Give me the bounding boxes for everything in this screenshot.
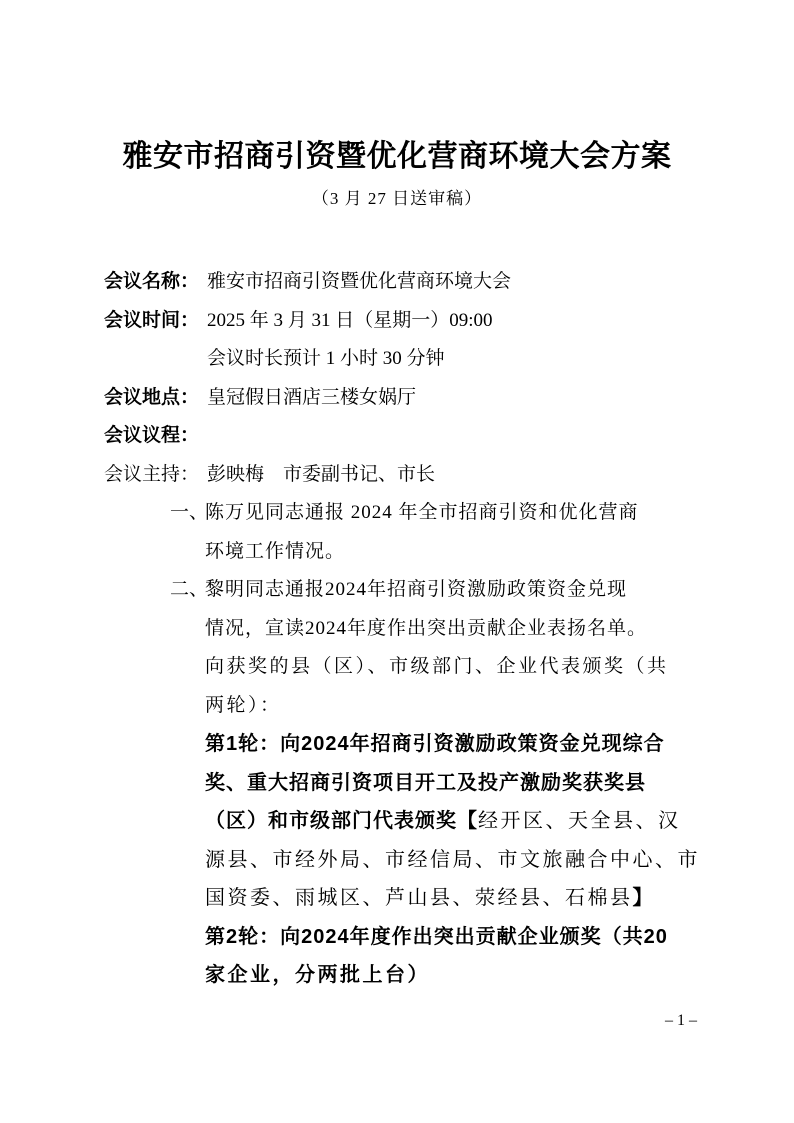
agenda-item1-number: 一、 [170,494,205,533]
agenda-item1-line1: 一、陈万见同志通报 2024 年全市招商引资和优化营商 [104,494,710,533]
meeting-place-label: 会议地点： [104,379,207,418]
meeting-time-row: 会议时间：2025 年 3 月 31 日（星期一）09:00 [104,302,710,341]
round1-line5: 国资委、雨城区、芦山县、荥经县、石棉县】 [205,879,710,918]
document-page: 雅安市招商引资暨优化营商环境大会方案 （3 月 27 日送审稿） 会议名称：雅安… [0,0,794,1123]
agenda-item2-text-cont1: 情况，宣读2024年度作出突出贡献企业表扬名单。 [205,618,647,639]
agenda-item2-text-cont2: 向获奖的县（区）、市级部门、企业代表颁奖（共 [205,656,669,677]
round1-line2: 奖、重大招商引资项目开工及投产激励奖获奖县 [205,764,710,803]
meeting-duration-value: 会议时长预计 1 小时 30 分钟 [207,348,445,369]
meeting-name-row: 会议名称：雅安市招商引资暨优化营商环境大会 [104,263,710,302]
meeting-host-row: 会议主持：彭映梅 市委副书记、市长 [104,456,710,495]
round1-heading-part2: 奖、重大招商引资项目开工及投产激励奖获奖县 [205,772,646,794]
round2-heading: 第2轮：向2024年度作出突出贡献企业颁奖（共20 [205,926,668,948]
meeting-host-value: 彭映梅 市委副书记、市长 [207,464,435,485]
agenda-item2-number: 二、 [170,571,205,610]
document-body: 会议名称：雅安市招商引资暨优化营商环境大会 会议时间：2025 年 3 月 31… [104,263,710,995]
agenda-item2-text: 黎明同志通报2024年招商引资激励政策资金兑现 [205,579,627,600]
agenda-item2-line1: 二、黎明同志通报2024年招商引资激励政策资金兑现 [104,571,710,610]
round1-line4: 源县、市经外局、市经信局、市文旅融合中心、市 [205,841,710,880]
round1-heading-part1: 第1轮：向2024年招商引资激励政策资金兑现综合 [205,733,665,755]
round2-line2: 家企业，分两批上台） [205,956,710,995]
meeting-place-value: 皇冠假日酒店三楼女娲厅 [207,387,416,408]
agenda-item1-line2: 环境工作情况。 [104,533,710,572]
round1-winners-part1: 经开区、天全县、汉 [478,810,681,832]
meeting-name-value: 雅安市招商引资暨优化营商环境大会 [207,271,511,292]
meeting-place-row: 会议地点：皇冠假日酒店三楼女娲厅 [104,379,710,418]
document-subtitle: （3 月 27 日送审稿） [0,186,794,212]
meeting-name-label: 会议名称： [104,263,207,302]
agenda-item2-line2: 情况，宣读2024年度作出突出贡献企业表扬名单。 [104,610,710,649]
meeting-time-value: 2025 年 3 月 31 日（星期一）09:00 [207,310,493,331]
meeting-duration-row: 会议时长预计 1 小时 30 分钟 [104,340,710,379]
round1-winners-part3: 国资委、雨城区、芦山县、荥经县、石棉县 [205,887,633,909]
round1-line3: （区）和市级部门代表颁奖【经开区、天全县、汉 [205,802,710,841]
meeting-time-label: 会议时间： [104,302,207,341]
meeting-agenda-label: 会议议程： [104,417,207,456]
agenda-item2-line3: 向获奖的县（区）、市级部门、企业代表颁奖（共 [104,648,710,687]
round1-winners-part2: 源县、市经外局、市经信局、市文旅融合中心、市 [205,849,700,871]
page-number: – 1 – [665,1010,697,1032]
round1-line1: 第1轮：向2024年招商引资激励政策资金兑现综合 [205,725,710,764]
round2-heading-cont: 家企业，分两批上台） [205,964,430,986]
round1-heading-part3: （区）和市级部门代表颁奖【 [205,810,478,832]
agenda-item1-text: 陈万见同志通报 2024 年全市招商引资和优化营商 [205,502,639,523]
document-title: 雅安市招商引资暨优化营商环境大会方案 [0,136,794,178]
meeting-agenda-row: 会议议程： [104,417,710,456]
agenda-item2-text-cont3: 两轮）： [205,695,282,716]
round1-bracket-close: 】 [633,887,653,909]
agenda-item1-text-cont: 环境工作情况。 [205,541,345,562]
round2-line1: 第2轮：向2024年度作出突出贡献企业颁奖（共20 [205,918,710,957]
meeting-host-label: 会议主持： [104,456,207,495]
agenda-item2-line4: 两轮）： [104,687,710,726]
